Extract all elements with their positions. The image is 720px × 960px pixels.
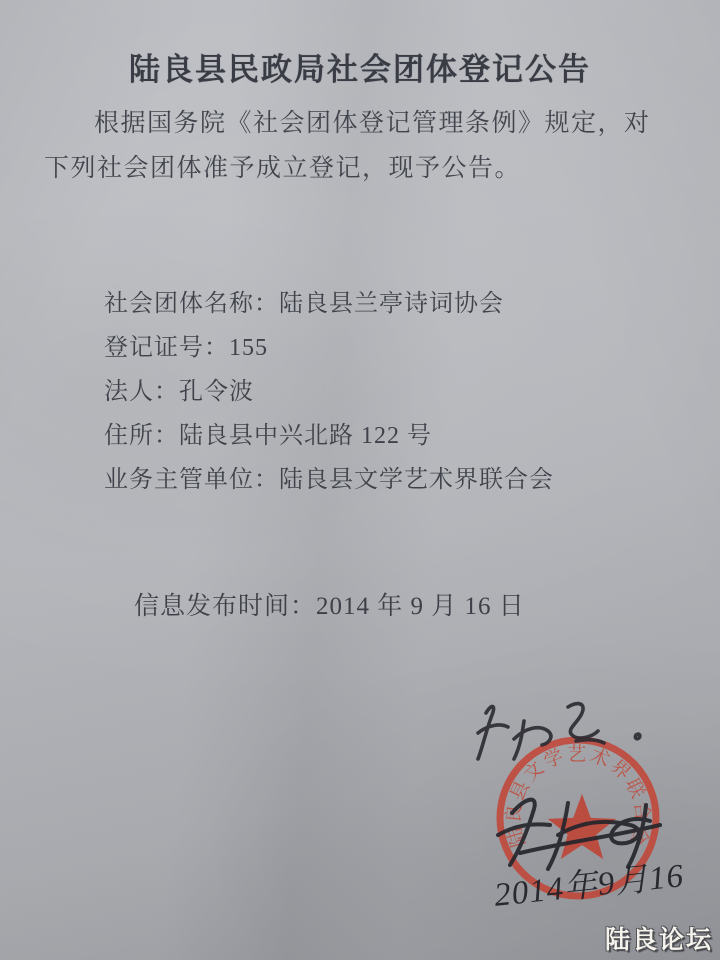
field-association-name: 社会团体名称：陆良县兰亭诗词协会 (104, 282, 624, 326)
official-seal: 陆良县文学艺术界联合会 (450, 685, 720, 955)
forum-watermark: 陆良论坛 (605, 920, 713, 956)
field-registration-number: 登记证号：155 (104, 326, 624, 370)
document-paragraph: 根据国务院《社会团体登记管理条例》规定，对下列社会团体准予成立登记，现予公告。 (44, 101, 666, 191)
field-supervising-unit: 业务主管单位：陆良县文学艺术界联合会 (104, 458, 624, 502)
document-title: 陆良县民政局社会团体登记公告 (0, 44, 720, 89)
registration-fields: 社会团体名称：陆良县兰亭诗词协会 登记证号：155 法人：孔令波 住所：陆良县中… (104, 282, 624, 502)
field-legal-person: 法人：孔令波 (104, 370, 624, 414)
field-address: 住所：陆良县中兴北路 122 号 (104, 414, 624, 458)
document-photo: 陆良县民政局社会团体登记公告 根据国务院《社会团体登记管理条例》规定，对下列社会… (0, 0, 720, 960)
publish-time-line: 信息发布时间：2014 年 9 月 16 日 (134, 586, 525, 622)
